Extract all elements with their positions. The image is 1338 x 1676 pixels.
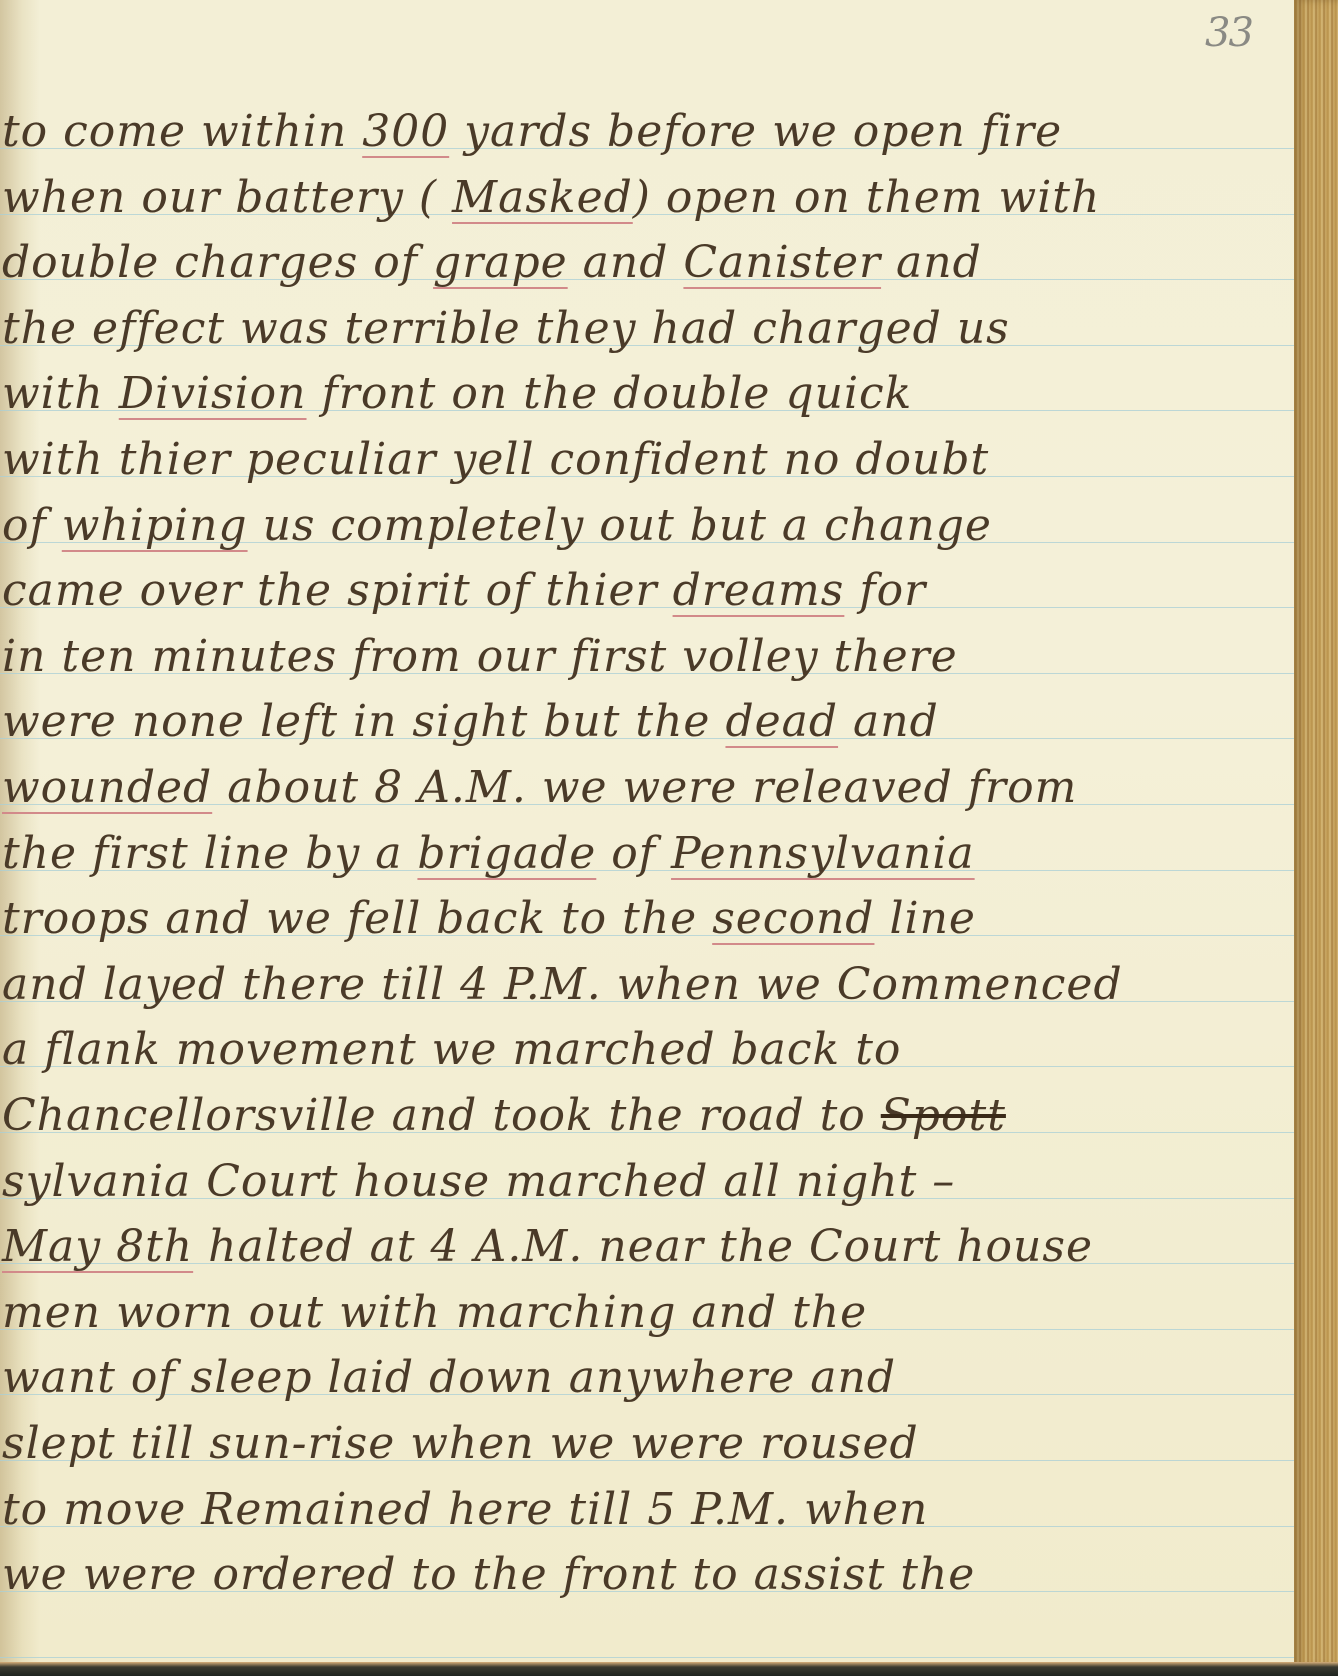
- text-segment: double charges of: [2, 237, 433, 288]
- text-line: want of sleep laid down anywhere and: [2, 1352, 1292, 1404]
- text-line: and layed there till 4 P.M. when we Comm…: [2, 959, 1292, 1011]
- text-segment: came over the spirit of thier: [2, 565, 673, 616]
- underlined-word: dead: [725, 696, 838, 747]
- text-segment: and: [881, 237, 982, 288]
- underlined-word: Division: [119, 368, 307, 419]
- text-segment: troops and we fell back to the: [2, 893, 712, 944]
- text-segment: with thier peculiar yell confident no do…: [2, 434, 989, 485]
- underlined-word: brigade: [417, 828, 596, 879]
- text-line: of whiping us completely out but a chang…: [2, 500, 1292, 552]
- book-cover-edge: [0, 1662, 1338, 1676]
- text-line: May 8th halted at 4 A.M. near the Court …: [2, 1221, 1292, 1273]
- text-line: when our battery ( Masked) open on them …: [2, 172, 1292, 224]
- underlined-word: dreams: [673, 565, 845, 616]
- text-segment: the first line by a: [2, 828, 417, 879]
- text-segment: and: [838, 696, 939, 747]
- text-segment: men worn out with marching and the: [2, 1287, 867, 1338]
- text-segment: slept till sun-rise when we were roused: [2, 1418, 919, 1469]
- text-segment: sylvania Court house marched all night –: [2, 1156, 955, 1207]
- underlined-word: grape: [433, 237, 568, 288]
- text-line: to come within 300 yards before we open …: [2, 106, 1292, 158]
- text-segment: Chancellorsville and took the road to: [2, 1090, 881, 1141]
- text-line: men worn out with marching and the: [2, 1287, 1292, 1339]
- text-line: the first line by a brigade of Pennsylva…: [2, 828, 1292, 880]
- text-line: the effect was terrible they had charged…: [2, 303, 1292, 355]
- text-segment: a flank movement we marched back to: [2, 1024, 901, 1075]
- text-segment: when our battery (: [2, 172, 452, 223]
- text-line: in ten minutes from our first volley the…: [2, 631, 1292, 683]
- ruled-line: [0, 1657, 1294, 1658]
- text-segment: front on the double quick: [307, 368, 913, 419]
- text-line: slept till sun-rise when we were roused: [2, 1418, 1292, 1470]
- underlined-word: second: [712, 893, 874, 944]
- text-segment: halted at 4 A.M. near the Court house: [193, 1221, 1093, 1272]
- text-segment: the effect was terrible they had charged…: [2, 303, 1010, 354]
- text-segment: of: [596, 828, 671, 879]
- text-segment: want of sleep laid down anywhere and: [2, 1352, 896, 1403]
- book-page-edges: [1294, 0, 1338, 1668]
- text-segment: for: [844, 565, 926, 616]
- text-segment: to move Remained here till 5 P.M. when: [2, 1484, 928, 1535]
- text-line: sylvania Court house marched all night –: [2, 1156, 1292, 1208]
- underlined-word: May 8th: [2, 1221, 193, 1272]
- underlined-word: whiping: [62, 500, 248, 551]
- text-line: double charges of grape and Canister and: [2, 237, 1292, 289]
- text-segment: were none left in sight but the: [2, 696, 725, 747]
- text-segment: and: [568, 237, 684, 288]
- text-line: a flank movement we marched back to: [2, 1024, 1292, 1076]
- text-line: Chancellorsville and took the road to Sp…: [2, 1090, 1292, 1142]
- text-line: were none left in sight but the dead and: [2, 696, 1292, 748]
- manuscript-page: 33 to come within 300 yards before we op…: [0, 0, 1338, 1668]
- text-line: with Division front on the double quick: [2, 368, 1292, 420]
- text-line: to move Remained here till 5 P.M. when: [2, 1484, 1292, 1536]
- underlined-word: Canister: [683, 237, 881, 288]
- text-line: wounded about 8 A.M. we were releaved fr…: [2, 762, 1292, 814]
- page-number: 33: [1205, 10, 1252, 56]
- text-segment: about 8 A.M. we were releaved from: [212, 762, 1077, 813]
- text-segment: we were ordered to the front to assist t…: [2, 1549, 975, 1600]
- text-segment: yards before we open fire: [449, 106, 1062, 157]
- text-segment: and layed there till 4 P.M. when we Comm…: [2, 959, 1123, 1010]
- text-segment: to come within: [2, 106, 362, 157]
- underlined-word: Pennsylvania: [671, 828, 975, 879]
- struck-word: Spott: [881, 1090, 1006, 1141]
- underlined-word: wounded: [2, 762, 212, 813]
- underlined-word: 300: [362, 106, 449, 157]
- text-segment: ) open on them with: [633, 172, 1101, 223]
- underlined-word: Masked: [452, 172, 633, 223]
- text-segment: line: [874, 893, 976, 944]
- text-line: came over the spirit of thier dreams for: [2, 565, 1292, 617]
- text-segment: in ten minutes from our first volley the…: [2, 631, 958, 682]
- text-segment: of: [2, 500, 62, 551]
- text-line: we were ordered to the front to assist t…: [2, 1549, 1292, 1601]
- text-segment: with: [2, 368, 119, 419]
- text-line: with thier peculiar yell confident no do…: [2, 434, 1292, 486]
- text-segment: us completely out but a change: [248, 500, 992, 551]
- text-line: troops and we fell back to the second li…: [2, 893, 1292, 945]
